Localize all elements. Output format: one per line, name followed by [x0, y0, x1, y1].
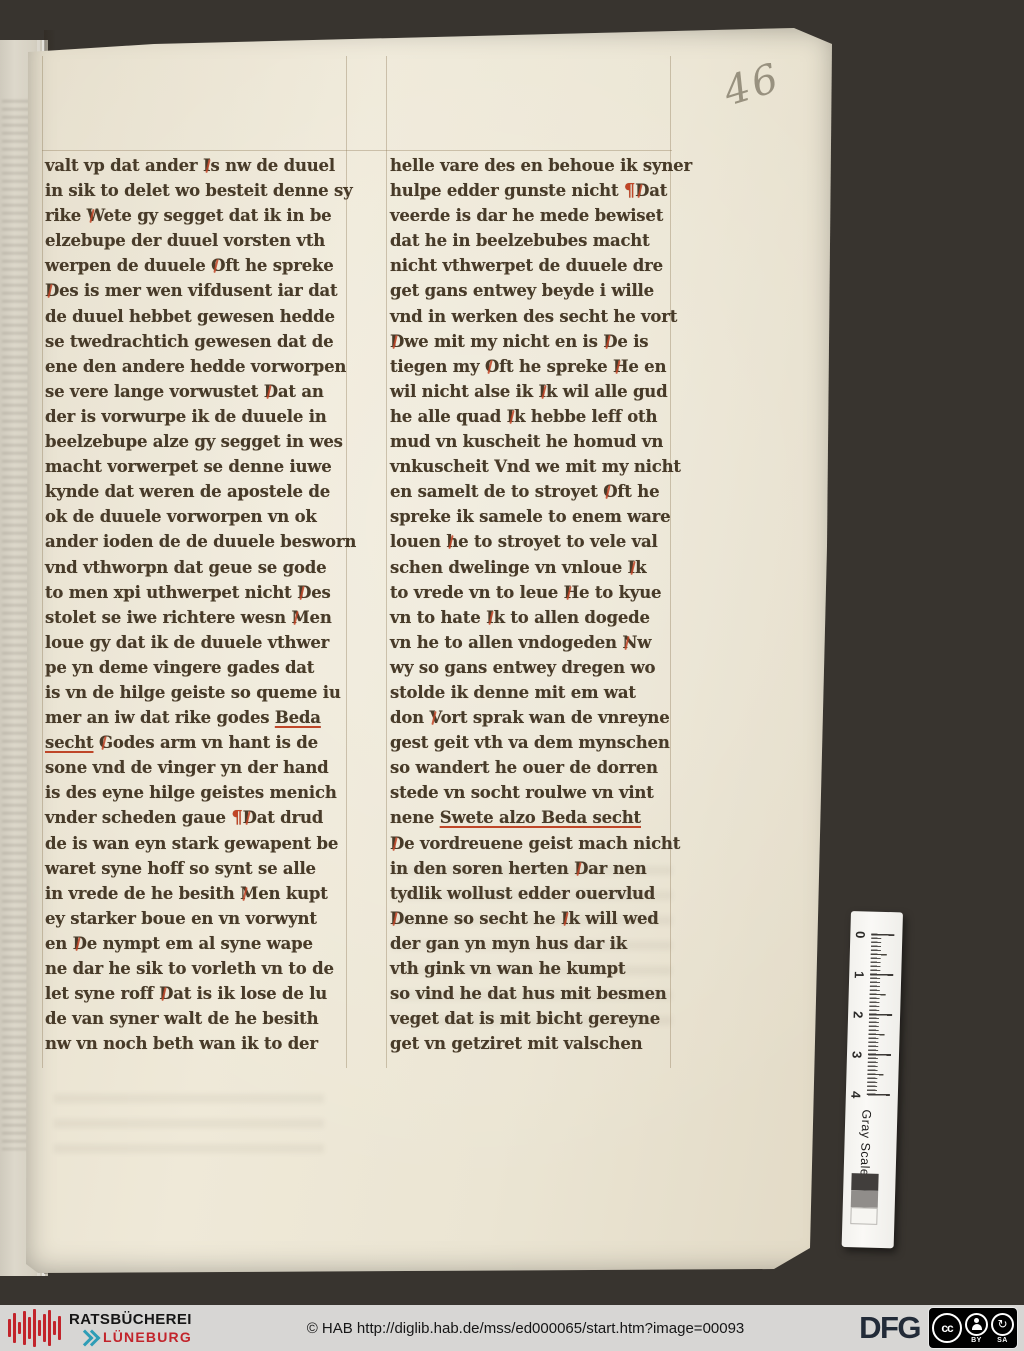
gray-scale-patches [850, 1173, 878, 1225]
text-line: schen dwelinge vn vnloue Ik [390, 555, 702, 580]
text-line: in vrede de he besith Men kupt [45, 881, 357, 906]
text-line: ok de duuele vorworpen vn ok [45, 504, 357, 529]
ruler-number: 3 [849, 1048, 864, 1062]
text-line: wil nicht alse ik Ik wil alle gud [390, 379, 702, 404]
text-line: se twedrachtich gewesen dat de [45, 329, 357, 354]
gray-scale-patch [850, 1207, 877, 1225]
text-line: de duuel hebbet gewesen hedde [45, 304, 357, 329]
ruler-major-ticks [867, 934, 895, 1097]
text-line: rike Wete gy segget dat ik in be [45, 203, 357, 228]
footer-bar: RATSBÜCHEREI LÜNEBURG © HAB http://digli… [0, 1305, 1024, 1351]
cc-sa: ↻ SA [991, 1313, 1014, 1344]
text-line: vnd in werken des secht he vort [390, 304, 702, 329]
text-line: elzebupe der duuel vorsten vth [45, 228, 357, 253]
ratsbuecherei-logo: RATSBÜCHEREI LÜNEBURG [0, 1306, 192, 1350]
ruling-line-horizontal [42, 150, 672, 151]
text-line: in sik to delet wo besteit denne sy [45, 178, 357, 203]
text-line: beelzebupe alze gy segget in wes [45, 429, 357, 454]
text-line: mud vn kuscheit he homud vn [390, 429, 702, 454]
text-line: to men xpi uthwerpet nicht Des [45, 580, 357, 605]
text-line: vnder scheden gaue ¶Dat drud [45, 805, 357, 830]
digitized-manuscript-photo: 46 valt vp dat ander Is nw de duuelin si… [0, 0, 1024, 1351]
text-line: werpen de duuele Oft he spreke [45, 253, 357, 278]
text-line: is vn de hilge geiste so queme iu [45, 680, 357, 705]
text-line: wy so gans entwey dregen wo [390, 655, 702, 680]
text-line: nw vn noch beth wan ik to der [45, 1031, 357, 1056]
text-line: der gan yn myn hus dar ik [390, 931, 702, 956]
text-line: ander ioden de de duuele besworn [45, 529, 357, 554]
text-line: en samelt de to stroyet Oft he [390, 479, 702, 504]
ruler-number: 4 [848, 1088, 863, 1102]
library-name-line2: LÜNEBURG [103, 1329, 192, 1345]
library-name-line1: RATSBÜCHEREI [69, 1311, 192, 1328]
text-line: get gans entwey beyde i wille [390, 278, 702, 303]
ratsbuecherei-bars-icon [8, 1306, 61, 1350]
gray-scale-label: Gray Scale [858, 1109, 874, 1176]
text-line: waret syne hoff so synt se alle [45, 856, 357, 881]
cc-license-badge: cc BY ↻ SA [928, 1307, 1018, 1349]
text-line: Des is mer wen vifdusent iar dat [45, 278, 357, 303]
text-line: nene Swete alzo Beda secht [390, 805, 702, 830]
text-line: mer an iw dat rike godes Beda [45, 705, 357, 730]
text-line: veerde is dar he mede bewiset [390, 203, 702, 228]
text-line: De vordreuene geist mach nicht [390, 831, 702, 856]
text-line: in den soren herten Dar nen [390, 856, 702, 881]
text-column-right: helle vare des en behoue ik synerhulpe e… [390, 153, 702, 1056]
cc-icon: cc [932, 1313, 962, 1343]
text-line: de is wan eyn stark gewapent be [45, 831, 357, 856]
text-line: let syne roff Dat is ik lose de lu [45, 981, 357, 1006]
text-line: Dwe mit my nicht en is De is [390, 329, 702, 354]
manuscript-page: 46 valt vp dat ander Is nw de duuelin si… [24, 26, 836, 1274]
text-line: en De nympt em al syne wape [45, 931, 357, 956]
text-line: macht vorwerpet se denne iuwe [45, 454, 357, 479]
gray-scale-ruler: 01234 Gray Scale [842, 911, 903, 1248]
gray-scale-patch [851, 1173, 878, 1191]
text-line: vnd vthworpn dat geue se gode [45, 555, 357, 580]
text-line: louen he to stroyet to vele val [390, 529, 702, 554]
ruler-number: 1 [852, 968, 867, 982]
text-line: he alle quad Ik hebbe leff oth [390, 404, 702, 429]
text-line: tydlik wollust edder ouervlud [390, 881, 702, 906]
text-line: is des eyne hilge geistes menich [45, 780, 357, 805]
cc-by: BY [965, 1313, 988, 1344]
text-line: helle vare des en behoue ik syner [390, 153, 702, 178]
text-line: ne dar he sik to vorleth vn to de [45, 956, 357, 981]
text-line: dat he in beelzebubes macht [390, 228, 702, 253]
text-line: don Vort sprak wan de vnreyne [390, 705, 702, 730]
text-line: kynde dat weren de apostele de [45, 479, 357, 504]
text-line: vnkuscheit Vnd we mit my nicht [390, 454, 702, 479]
ink-bleedthrough [54, 1094, 324, 1164]
folio-number: 46 [719, 55, 787, 116]
text-line: pe yn deme vingere gades dat [45, 655, 357, 680]
text-line: get vn getziret mit valschen [390, 1031, 702, 1056]
ruler-number: 0 [853, 928, 868, 942]
text-line: se vere lange vorwustet Dat an [45, 379, 357, 404]
text-line: sone vnd de vinger yn der hand [45, 755, 357, 780]
text-line: nicht vthwerpet de duuele dre [390, 253, 702, 278]
cc-by-person-icon [965, 1313, 988, 1336]
gray-scale-patch [851, 1190, 878, 1208]
text-line: ey starker boue en vn vorwynt [45, 906, 357, 931]
text-column-left: valt vp dat ander Is nw de duuelin sik t… [45, 153, 357, 1056]
text-line: so vind he dat hus mit besmen [390, 981, 702, 1006]
text-line: vn to hate Ik to allen dogede [390, 605, 702, 630]
text-line: secht Godes arm vn hant is de [45, 730, 357, 755]
cc-by-label: BY [971, 1337, 982, 1344]
text-line: der is vorwurpe ik de duuele in [45, 404, 357, 429]
text-line: hulpe edder gunste nicht ¶Dat [390, 178, 702, 203]
text-line: stolet se iwe richtere wesn Men [45, 605, 357, 630]
ruling-line-vertical [386, 56, 387, 1068]
library-name: RATSBÜCHEREI LÜNEBURG [69, 1311, 192, 1345]
text-line: stolde ik denne mit em wat [390, 680, 702, 705]
text-line: spreke ik samele to enem ware [390, 504, 702, 529]
lueneburg-book-icon [79, 1330, 99, 1345]
text-line: vth gink vn wan he kumpt [390, 956, 702, 981]
text-line: Denne so secht he Ik will wed [390, 906, 702, 931]
text-line: to vrede vn to leue He to kyue [390, 580, 702, 605]
text-line: gest geit vth va dem mynschen [390, 730, 702, 755]
cc-sa-label: SA [997, 1337, 1008, 1344]
text-line: stede vn socht roulwe vn vint [390, 780, 702, 805]
text-line: veget dat is mit bicht gereyne [390, 1006, 702, 1031]
dfg-logo: DFG [859, 1310, 920, 1346]
text-line: so wandert he ouer de dorren [390, 755, 702, 780]
text-line: ene den andere hedde vorworpen [45, 354, 357, 379]
text-line: de van syner walt de he besith [45, 1006, 357, 1031]
text-line: tiegen my Oft he spreke He en [390, 354, 702, 379]
cc-sa-arrow-icon: ↻ [991, 1313, 1014, 1336]
text-line: loue gy dat ik de duuele vthwer [45, 630, 357, 655]
text-line: valt vp dat ander Is nw de duuel [45, 153, 357, 178]
ruler-number: 2 [850, 1008, 865, 1022]
copyright-url: © HAB http://diglib.hab.de/mss/ed000065/… [192, 1320, 859, 1337]
text-line: vn he to allen vndogeden Nw [390, 630, 702, 655]
footer-logos: DFG cc BY ↻ SA [859, 1307, 1024, 1349]
ruling-line-vertical [42, 56, 43, 1068]
